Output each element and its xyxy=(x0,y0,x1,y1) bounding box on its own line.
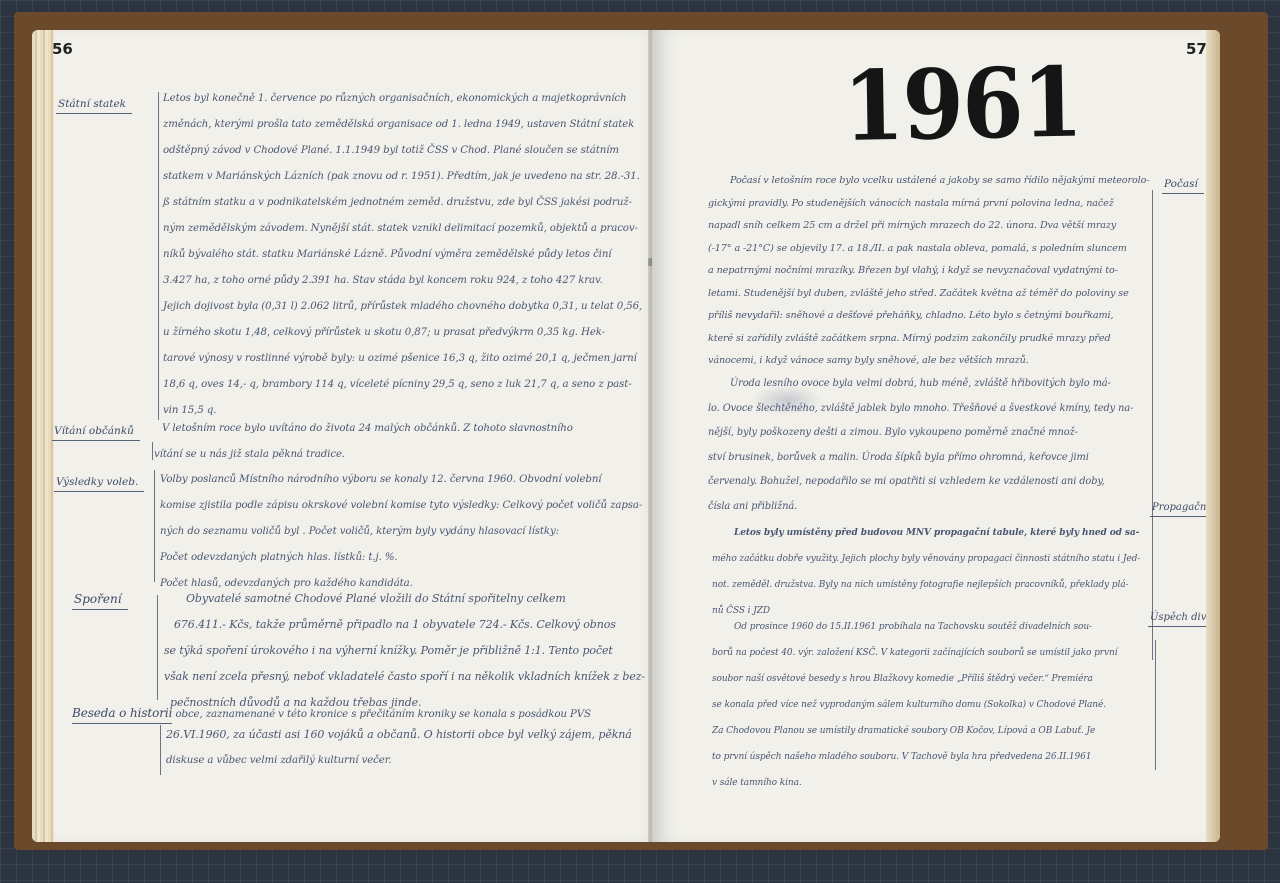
text-line: letami. Studenější byl duben, zvláště je… xyxy=(708,283,1149,306)
paragraph-theatre: Od prosince 1960 do 15.II.1961 probíhala… xyxy=(712,614,1117,796)
text-line: se konala před více než vyprodaným sálem… xyxy=(712,692,1117,718)
text-line: Jejich dojivost byla (0,31 l) 2.062 litr… xyxy=(163,294,642,320)
margin-rule xyxy=(1155,640,1156,770)
page-number-left: 56 xyxy=(52,40,73,58)
text-line: statkem v Mariánských Lázních (pak znovu… xyxy=(163,164,642,190)
text-line: soubor naší osvětové besedy s hrou Blažk… xyxy=(712,666,1117,692)
section-text-welcoming-citizens: V letošním roce bylo uvítáno do života 2… xyxy=(162,416,573,468)
text-line: Úroda lesního ovoce byla velmi dobrá, hu… xyxy=(708,372,1133,397)
text-line: napadl sníh celkem 25 cm a držel při mír… xyxy=(708,215,1149,238)
section-label-election-results: Výsledky voleb. xyxy=(54,476,144,492)
text-line: změnách, kterými prošla tato zemědělská … xyxy=(163,112,642,138)
text-line: příliš nevydařil: sněhové a dešťové přeh… xyxy=(708,305,1149,328)
margin-rule xyxy=(1152,190,1153,660)
section-text-state-farm: Letos byl konečně 1. července po různých… xyxy=(163,86,642,424)
text-line: Obyvatelé samotné Chodové Plané vložili … xyxy=(164,586,645,612)
text-line: 26.VI.1960, za účasti asi 160 vojáků a o… xyxy=(166,722,632,748)
text-line: v sále tamního kina. xyxy=(712,770,1117,796)
text-line: (-17° a -21°C) se objevily 17. a 18./II.… xyxy=(708,238,1149,261)
text-line: nější, byly poškozeny dešti a zimou. Byl… xyxy=(708,421,1133,446)
section-label-history-talk: Beseda o historii xyxy=(72,706,172,724)
text-line: ných do seznamu voličů byl . Počet volič… xyxy=(160,519,642,545)
section-label-welcoming-citizens: Vítání občánků xyxy=(52,425,140,441)
text-line: a nepatrnými nočními mrazíky. Březen byl… xyxy=(708,260,1149,283)
text-line: čísla ani přibližná. xyxy=(708,495,1133,520)
page-number-right: 57 xyxy=(1186,40,1207,58)
text-line: V letošním roce bylo uvítáno do života 2… xyxy=(162,416,573,442)
text-line: 18,6 q, oves 14,- q, brambory 114 q, víc… xyxy=(163,372,642,398)
margin-rule xyxy=(160,725,161,775)
text-line: ným zemědělským závodem. Nynější stát. s… xyxy=(163,216,642,242)
text-line: 676.411.- Kčs, takže průměrně připadlo n… xyxy=(164,612,645,638)
text-line: Letos byly umístěny před budovou MNV pro… xyxy=(712,520,1140,546)
text-line: Od prosince 1960 do 15.II.1961 probíhala… xyxy=(712,614,1117,640)
text-line: gickými pravidly. Po studenějších vánocí… xyxy=(708,193,1149,216)
text-line: Počasí v letošním roce bylo vcelku ustál… xyxy=(708,170,1149,193)
section-text-history-talk: 26.VI.1960, za účasti asi 160 vojáků a o… xyxy=(166,722,632,774)
section-label-continuation: obce, zaznamenané v této kronice s přeči… xyxy=(176,709,591,720)
text-line: ß státním statku a v podnikatelském jedn… xyxy=(163,190,642,216)
text-line: not. zeměděl. družstva. Byly na nich umí… xyxy=(712,572,1140,598)
left-page: 56 Státní statek Letos byl konečně 1. če… xyxy=(32,30,666,842)
section-text-savings: Obyvatelé samotné Chodové Plané vložili … xyxy=(164,586,645,716)
text-line: to první úspěch našeho mladého souboru. … xyxy=(712,744,1117,770)
text-line: níků bývalého stát. statku Mariánské Láz… xyxy=(163,242,642,268)
text-line: vánocemi, i když vánoce samy byly sněhov… xyxy=(708,350,1149,373)
year-heading: 1961 xyxy=(842,45,1082,163)
section-label-propaganda-boards: Propagační tabule xyxy=(1150,502,1220,517)
paragraph-harvest: Úroda lesního ovoce byla velmi dobrá, hu… xyxy=(708,372,1133,519)
paragraph-propaganda-boards: Letos byly umístěny před budovou MNV pro… xyxy=(712,520,1140,624)
section-label-state-farm: Státní statek xyxy=(56,98,132,114)
text-line: Volby poslanců Místního národního výboru… xyxy=(160,467,642,493)
text-line: 3.427 ha, z toho orné půdy 2.391 ha. Sta… xyxy=(163,268,642,294)
text-line: diskuse a vůbec velmi zdařilý kulturní v… xyxy=(166,748,632,774)
section-label-theatre-success: Úspěch divadelníků xyxy=(1148,612,1220,627)
right-page: 57 1961 Počasí Propagační tabule Úspěch … xyxy=(652,30,1220,842)
text-line: se týká spoření úrokového i na výherní k… xyxy=(164,638,645,664)
text-line: mého začátku dobře využity. Jejich ploch… xyxy=(712,546,1140,572)
text-line: Počet odevzdaných platných hlas. lístků:… xyxy=(160,545,642,571)
text-line: tarové výnosy v rostlinné výrobě byly: u… xyxy=(163,346,642,372)
text-line: vítání se u nás již stala pěkná tradice. xyxy=(154,442,573,468)
margin-rule xyxy=(157,595,158,700)
text-line: však není zcela přesný, neboť vkladatelé… xyxy=(164,664,645,690)
paragraph-weather: Počasí v letošním roce bylo vcelku ustál… xyxy=(708,170,1149,373)
margin-rule xyxy=(154,470,155,582)
text-line: odštěpný závod v Chodové Plané. 1.1.1949… xyxy=(163,138,642,164)
margin-rule xyxy=(152,442,153,460)
section-label-savings: Spoření xyxy=(72,592,128,610)
text-line: u žírného skotu 1,48, celkový přírůstek … xyxy=(163,320,642,346)
text-line: které si zařídily zvláště začátkem srpna… xyxy=(708,328,1149,351)
text-line: borů na počest 40. výr. založení KSČ. V … xyxy=(712,640,1117,666)
chronicle-book: 56 Státní statek Letos byl konečně 1. če… xyxy=(14,12,1268,850)
text-line: Za Chodovou Planou se umístily dramatick… xyxy=(712,718,1117,744)
text-line: lo. Ovoce šlechtěného, zvláště jablek by… xyxy=(708,397,1133,422)
section-text-election-results: Volby poslanců Místního národního výboru… xyxy=(160,467,642,597)
text-line: Letos byl konečně 1. července po různých… xyxy=(163,86,642,112)
text-line: komise zjistila podle zápisu okrskové vo… xyxy=(160,493,642,519)
section-label-weather: Počasí xyxy=(1162,178,1204,194)
text-line: červenaly. Bohužel, nepodařilo se mi opa… xyxy=(708,470,1133,495)
text-line: ství brusinek, borůvek a malin. Úroda ší… xyxy=(708,446,1133,471)
margin-rule xyxy=(158,92,159,420)
